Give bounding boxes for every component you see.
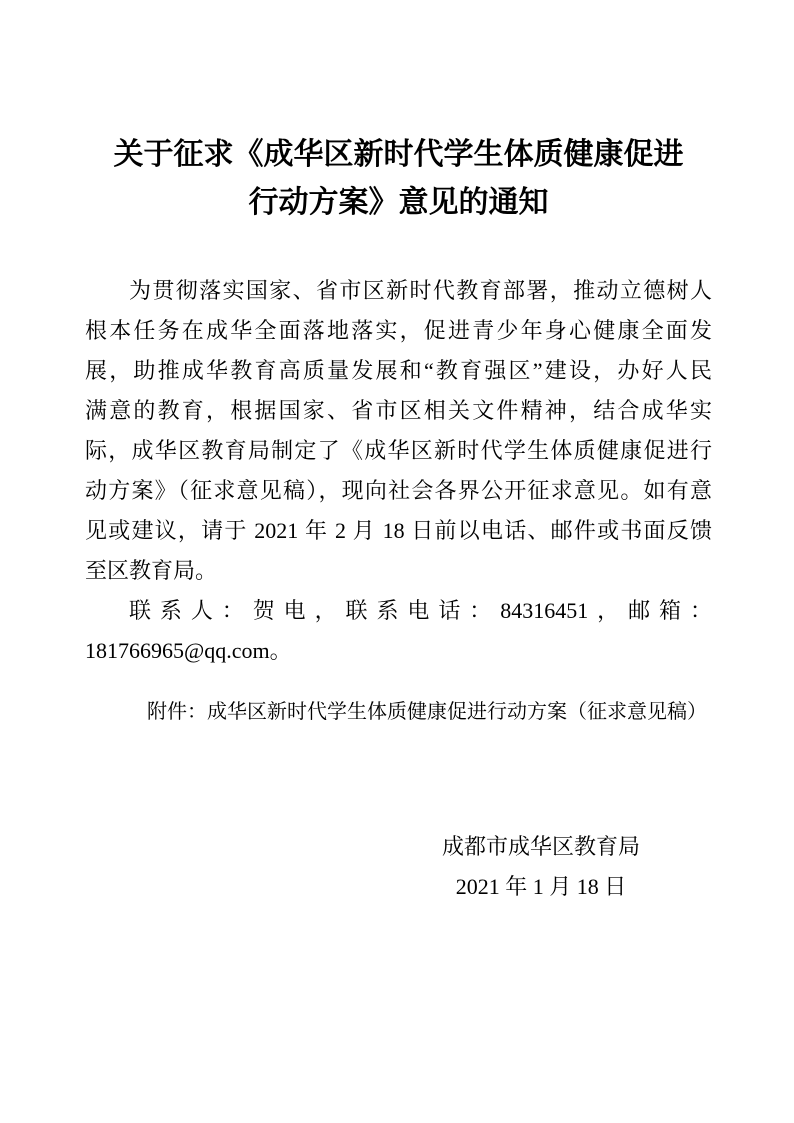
title-line: 关于征求《成华区新时代学生体质健康促进: [85, 131, 712, 179]
body-line: 至区教育局。: [85, 551, 712, 591]
paragraph-contact: 联系人：贺电，联系电话：84316451，邮箱： 181766965@qq.co…: [85, 591, 712, 671]
body-line: 见或建议，请于 2021 年 2 月 18 日前以电话、邮件或书面反馈: [85, 511, 712, 551]
contact-line: 联系人：贺电，联系电话：84316451，邮箱：: [85, 591, 712, 631]
document-title: 关于征求《成华区新时代学生体质健康促进 行动方案》意见的通知: [85, 131, 712, 227]
body-line: 展，助推成华教育高质量发展和“教育强区”建设，办好人民: [85, 351, 712, 391]
body-line: 动方案》（征求意见稿），现向社会各界公开征求意见。如有意: [85, 471, 712, 511]
signature-date: 2021 年 1 月 18 日: [442, 867, 640, 907]
title-line: 行动方案》意见的通知: [85, 179, 712, 227]
closing-block: 成都市成华区教育局 2021 年 1 月 18 日: [442, 827, 640, 907]
signer-name: 成都市成华区教育局: [442, 827, 640, 867]
document-page: 关于征求《成华区新时代学生体质健康促进 行动方案》意见的通知 为贯彻落实国家、省…: [0, 0, 794, 1123]
body-line: 际，成华区教育局制定了《成华区新时代学生体质健康促进行: [85, 431, 712, 471]
contact-email-line: 181766965@qq.com。: [85, 631, 712, 671]
attachment-note: 附件：成华区新时代学生体质健康促进行动方案（征求意见稿）: [85, 697, 712, 727]
body-line: 满意的教育，根据国家、省市区相关文件精神，结合成华实: [85, 391, 712, 431]
document-body: 为贯彻落实国家、省市区新时代教育部署，推动立德树人 根本任务在成华全面落地落实，…: [85, 271, 712, 671]
body-line: 根本任务在成华全面落地落实，促进青少年身心健康全面发: [85, 311, 712, 351]
document-content: 关于征求《成华区新时代学生体质健康促进 行动方案》意见的通知 为贯彻落实国家、省…: [0, 0, 794, 907]
body-line: 为贯彻落实国家、省市区新时代教育部署，推动立德树人: [85, 271, 712, 311]
paragraph: 为贯彻落实国家、省市区新时代教育部署，推动立德树人 根本任务在成华全面落地落实，…: [85, 271, 712, 591]
